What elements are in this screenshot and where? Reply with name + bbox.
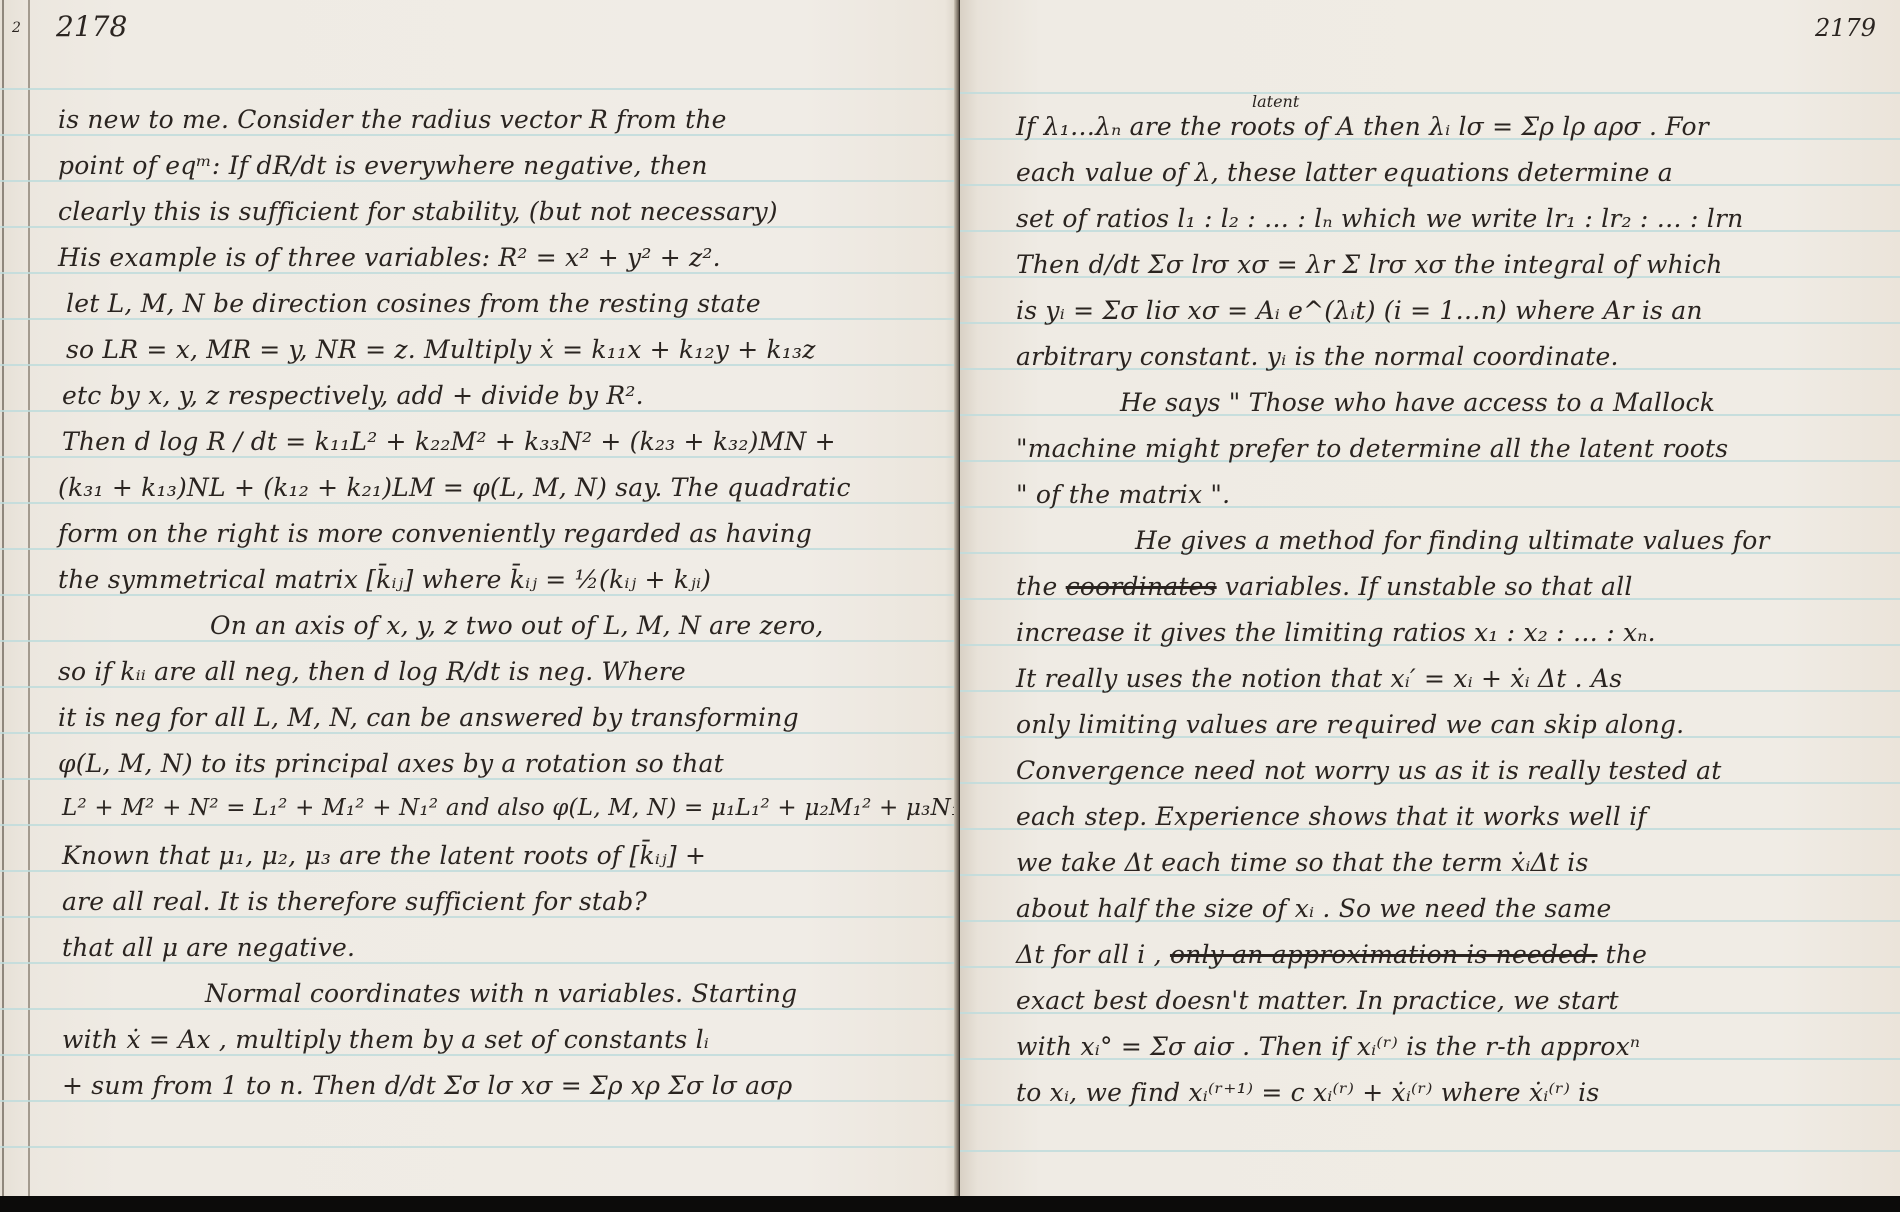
rule-line xyxy=(0,778,958,780)
text-line: point of eqᵐ: If dR/dt is everywhere neg… xyxy=(58,151,708,180)
text-line: exact best doesn't matter. In practice, … xyxy=(1016,986,1619,1015)
left-page: 2 2178 is new to me. Consider the radius… xyxy=(0,0,958,1196)
rule-line xyxy=(0,1146,958,1148)
text-line: the symmetrical matrix [k̄ᵢⱼ] where k̄ᵢⱼ… xyxy=(58,565,711,594)
text-line: so LR = x, MR = y, NR = z. Multiply ẋ = … xyxy=(66,335,816,364)
text-line: Then d log R / dt = k₁₁L² + k₂₂M² + k₃₃N… xyxy=(62,427,836,456)
text-line: Known that μ₁, μ₂, μ₃ are the latent roo… xyxy=(62,841,706,870)
rule-line xyxy=(0,870,958,872)
rule-line xyxy=(0,226,958,228)
notebook-spread: 2 2178 is new to me. Consider the radius… xyxy=(0,0,1900,1198)
text-line: is yᵢ = Σσ liσ xσ = Aᵢ e^(λᵢt) (i = 1…n)… xyxy=(1016,296,1703,325)
text-line: " of the matrix ". xyxy=(1016,480,1230,509)
text-line: each value of λ, these latter equations … xyxy=(1016,158,1673,187)
text-line: Δt for all i , only an approximation is … xyxy=(1016,940,1647,969)
margin-mark: 2 xyxy=(12,20,21,36)
text-line: to xᵢ, we find xᵢ⁽ʳ⁺¹⁾ = c xᵢ⁽ʳ⁾ + ẋᵢ⁽ʳ⁾… xyxy=(1016,1078,1599,1107)
text-line: so if kᵢᵢ are all neg, then d log R/dt i… xyxy=(58,657,686,686)
struck-text: only an approximation is needed. xyxy=(1170,940,1598,969)
text-line: with ẋ = Ax , multiply them by a set of … xyxy=(62,1025,709,1054)
rule-line xyxy=(0,134,958,136)
rule-line xyxy=(0,410,958,412)
text-line: let L, M, N be direction cosines from th… xyxy=(66,289,761,318)
text-line: etc by x, y, z respectively, add + divid… xyxy=(62,381,644,410)
page-number: 2178 xyxy=(56,10,127,43)
text-line: that all μ are negative. xyxy=(62,933,355,962)
text-line: "machine might prefer to determine all t… xyxy=(1016,434,1728,463)
rule-line xyxy=(0,318,958,320)
text-line: He says " Those who have access to a Mal… xyxy=(1120,388,1715,417)
rule-line xyxy=(0,1008,958,1010)
insertion-note: latent xyxy=(1252,92,1299,111)
text-line: Then d/dt Σσ lrσ xσ = λr Σ lrσ xσ the in… xyxy=(1016,250,1723,279)
text-line: set of ratios l₁ : l₂ : … : lₙ which we … xyxy=(1016,204,1743,233)
text-line: only limiting values are required we can… xyxy=(1016,710,1684,739)
rule-line xyxy=(0,640,958,642)
rule-line xyxy=(0,272,958,274)
text-line: are all real. It is therefore sufficient… xyxy=(62,887,647,916)
rule-line xyxy=(960,1150,1900,1152)
text-line: arbitrary constant. yᵢ is the normal coo… xyxy=(1016,342,1619,371)
text-line: the coordinates variables. If unstable s… xyxy=(1016,572,1633,601)
text-line: with xᵢ° = Σσ aiσ . Then if xᵢ⁽ʳ⁾ is the… xyxy=(1016,1032,1640,1061)
text-line: form on the right is more conveniently r… xyxy=(58,519,812,548)
text-line: (k₃₁ + k₁₃)NL + (k₁₂ + k₂₁)LM = φ(L, M, … xyxy=(58,473,851,502)
text-line: each step. Experience shows that it work… xyxy=(1016,802,1647,831)
text-line: Convergence need not worry us as it is r… xyxy=(1016,756,1721,785)
rule-line xyxy=(0,686,958,688)
rule-line xyxy=(0,594,958,596)
rule-line xyxy=(0,916,958,918)
text-line: He gives a method for finding ultimate v… xyxy=(1135,526,1770,555)
rule-line xyxy=(0,1100,958,1102)
text-line: it is neg for all L, M, N, can be answer… xyxy=(58,703,799,732)
right-page: 2179 latent If λ₁…λₙ are the roots of A … xyxy=(960,0,1900,1196)
text-line: is new to me. Consider the radius vector… xyxy=(58,105,727,134)
rule-line xyxy=(0,456,958,458)
struck-text: coordinates xyxy=(1066,572,1217,601)
rule-line xyxy=(0,364,958,366)
rule-line xyxy=(0,180,958,182)
rule-line xyxy=(0,88,958,90)
text-line: clearly this is sufficient for stability… xyxy=(58,197,778,226)
text-line: L² + M² + N² = L₁² + M₁² + N₁² and also … xyxy=(62,795,958,821)
text-line: If λ₁…λₙ are the roots of A then λᵢ lσ =… xyxy=(1016,112,1709,141)
rule-line xyxy=(0,732,958,734)
rule-line xyxy=(0,548,958,550)
rule-line xyxy=(0,1054,958,1056)
rule-line xyxy=(960,92,1900,94)
rule-line xyxy=(0,502,958,504)
text-line: + sum from 1 to n. Then d/dt Σσ lσ xσ = … xyxy=(62,1071,792,1100)
text-line: φ(L, M, N) to its principal axes by a ro… xyxy=(58,749,724,778)
text-line: about half the size of xᵢ . So we need t… xyxy=(1016,894,1612,923)
text-line: On an axis of x, y, z two out of L, M, N… xyxy=(210,611,824,640)
rule-line xyxy=(0,962,958,964)
text-line: we take Δt each time so that the term ẋᵢ… xyxy=(1016,848,1588,877)
page-number: 2179 xyxy=(1815,14,1876,42)
rule-line xyxy=(0,824,958,826)
text-line: increase it gives the limiting ratios x₁… xyxy=(1016,618,1656,647)
text-line: His example is of three variables: R² = … xyxy=(58,243,721,272)
scan-border xyxy=(0,1198,1900,1212)
text-line: It really uses the notion that xᵢ′ = xᵢ … xyxy=(1016,664,1622,693)
text-line: Normal coordinates with n variables. Sta… xyxy=(205,979,797,1008)
